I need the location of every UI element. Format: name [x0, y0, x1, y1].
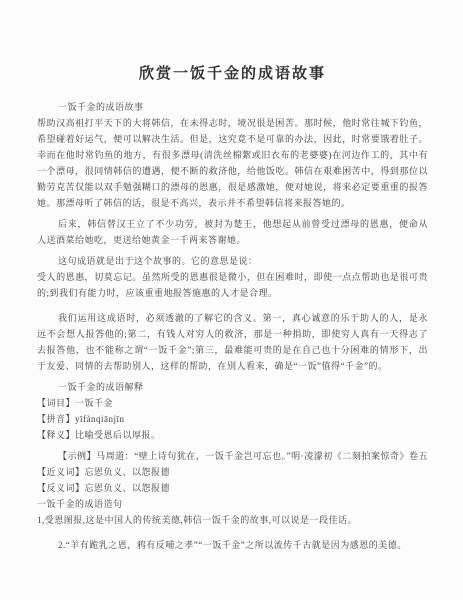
entry-term-line: 【词目】一饭千金 — [37, 395, 428, 411]
sentence-subheading: 一饭千金的成语造句 — [37, 496, 428, 512]
story-paragraph: 后来，韩信替汉王立了不少功劳，被封为楚王，他想起从前曾受过漂母的恩惠，便命从人送… — [37, 216, 428, 248]
story-paragraph: 帮助汉高祖打平天下的大将韩信，在未得志时，境况很是困苦。那时候，他时常往城下钓鱼… — [37, 115, 428, 211]
sentence-item-2: 2.“羊有跪乳之恩，鸦有反哺之孝”“一饭千金”之所以流传千古就是因为感恩的美德。 — [37, 537, 428, 553]
explanation-subheading: 一饭千金的成语解释 — [37, 379, 428, 395]
story-paragraph: 这句成语就是出于这个故事的。它的意思是说： — [37, 253, 428, 269]
entry-antonym-line: 【反义词】忘恩负义、以怨报德 — [37, 480, 428, 496]
entry-example-line: 【示例】马周道：“壁上诗句犹在，一饭千金岂可忘也。”明·凌濛初《二刻拍案惊奇》卷… — [37, 448, 428, 480]
usage-paragraph: 我们运用这成语时，必须透澈的了解它的含义。第一，真心诚意的乐于助人的人，是永远不… — [37, 310, 428, 374]
document-page: 欣赏一饭千金的成语故事 一饭千金的成语故事 帮助汉高祖打平天下的大将韩信，在未得… — [0, 0, 463, 600]
entry-pinyin-line: 【拼音】yīfànqiānjīn — [37, 411, 428, 427]
page-title: 欣赏一饭千金的成语故事 — [37, 62, 428, 83]
meaning-paragraph: 受人的恩惠，切莫忘记。虽然所受的恩惠很是微小，但在困难时，即使一点点帮助也是很可… — [37, 269, 428, 301]
sentence-item-1: 1,受恩图报,这是中国人的传统美德,韩信一饭千金的故事,可以说是一段佳话。 — [37, 512, 428, 528]
entry-definition-line: 【释义】比喻受恩后以厚报。 — [37, 427, 428, 443]
story-subheading: 一饭千金的成语故事 — [37, 99, 428, 115]
